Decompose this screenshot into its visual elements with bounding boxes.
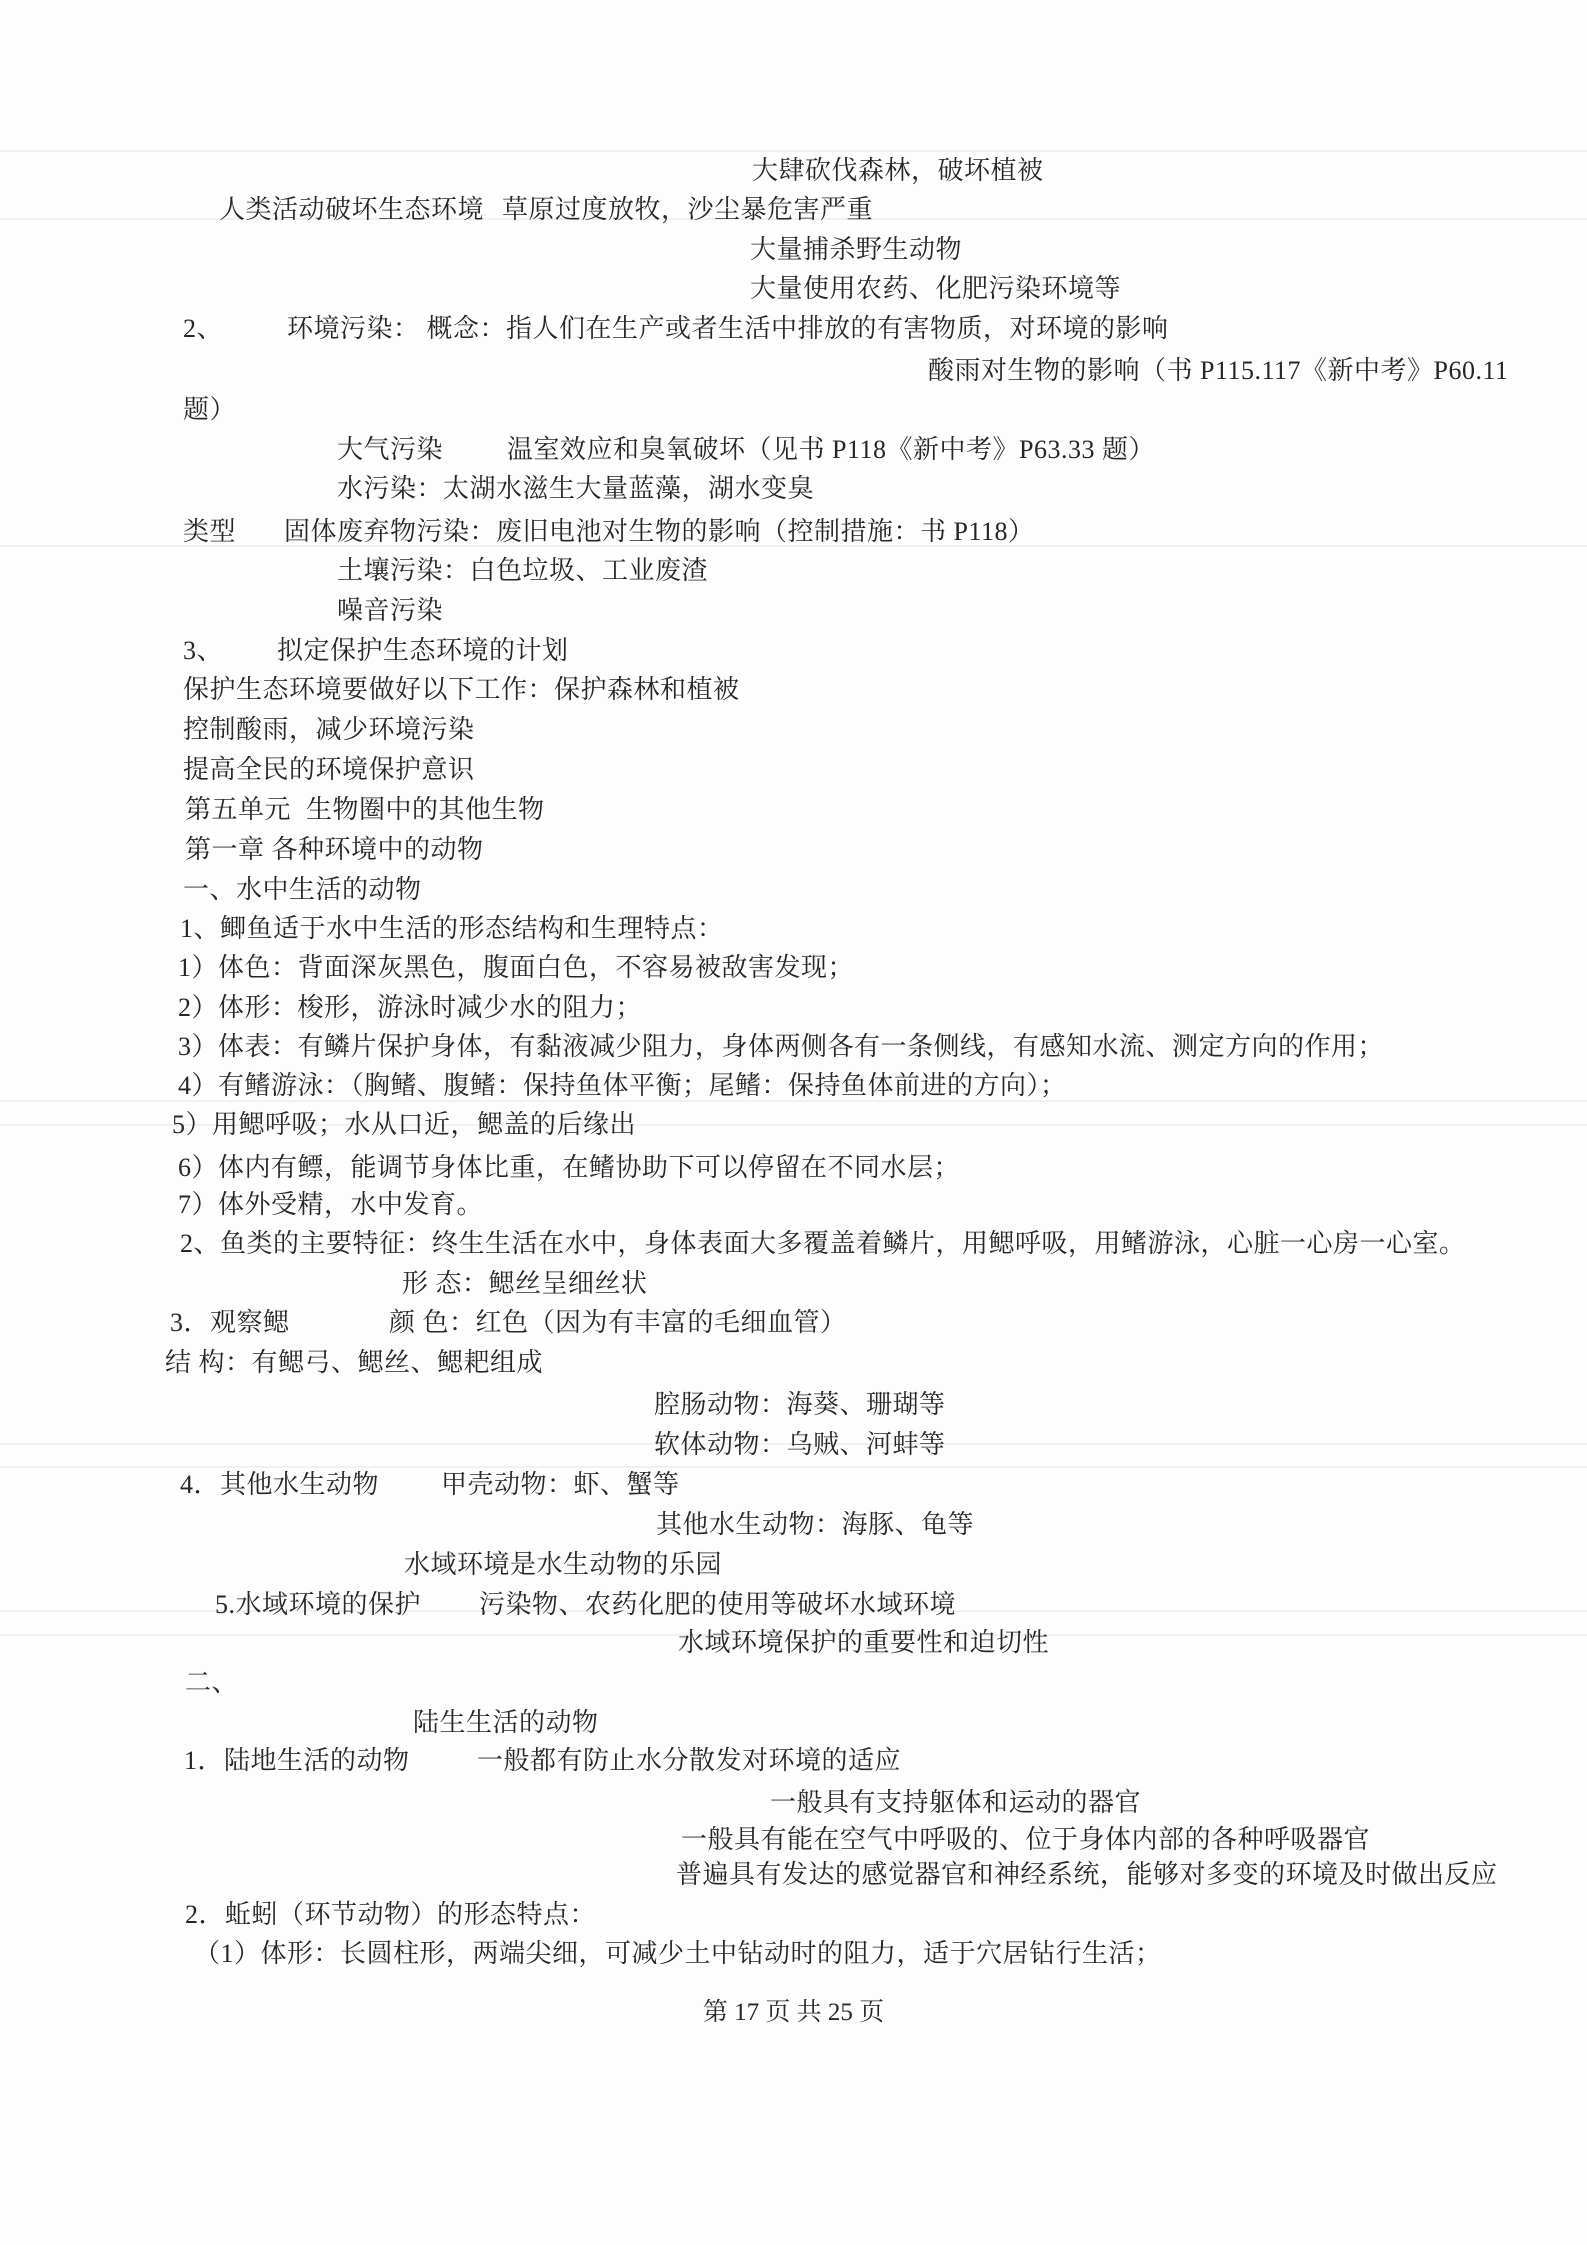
text-line-environmental-pollution-2: 酸雨对生物的影响（书 P115.117《新中考》P60.11 — [928, 358, 1509, 384]
text-line-land-animals-1: 陆生生活的动物 — [413, 1710, 599, 1736]
text-line-protection-plan-4: 提高全民的环境保护意识 — [183, 757, 475, 783]
text-line-fish-features-2: 2）体形：梭形，游泳时减少水的阻力； — [178, 995, 642, 1021]
text-line-other-aquatic-animals-5: 水域环境是水生动物的乐园 — [404, 1552, 722, 1578]
text-line-gill-observation-1: 3．观察鳃 — [170, 1310, 290, 1336]
text-line-unit5-headings-0: 第五单元 — [185, 797, 291, 823]
text-line-unit5-headings-1: 生物圈中的其他生物 — [306, 797, 545, 823]
text-line-fish-features-0: 1、鲫鱼适于水中生活的形态结构和生理特点： — [180, 916, 724, 942]
text-line-unit5-headings-2: 第一章 各种环境中的动物 — [185, 837, 484, 863]
text-line-other-aquatic-animals-0: 腔肠动物：海葵、珊瑚等 — [654, 1392, 946, 1418]
text-line-land-animals-6: 普遍具有发达的感觉器官和神经系统，能够对多变的环境及时做出反应 — [676, 1862, 1498, 1888]
text-line-environmental-pollution-10: 噪音污染 — [337, 598, 443, 624]
text-line-unit5-headings-3: 一、水中生活的动物 — [183, 877, 422, 903]
text-line-environmental-pollution-3: 题） — [183, 397, 236, 423]
text-line-water-environment-protection-0: 5.水域环境的保护 — [215, 1592, 421, 1618]
text-line-human-activity-damage-0: 大肆砍伐森林，破坏植被 — [752, 158, 1044, 184]
text-line-protection-plan-2: 保护生态环境要做好以下工作：保护森林和植被 — [183, 677, 740, 703]
document-page: 第 17 页 共 25 页 大肆砍伐森林，破坏植被人类活动破坏生态环境草原过度放… — [0, 0, 1587, 2245]
text-line-gill-observation-0: 形 态：鳃丝呈细丝状 — [402, 1271, 648, 1297]
text-line-fish-features-8: 2、鱼类的主要特征：终生生活在水中，身体表面大多覆盖着鳞片，用鳃呼吸，用鳍游泳，… — [180, 1231, 1466, 1257]
text-line-environmental-pollution-9: 土壤污染：白色垃圾、工业废渣 — [337, 558, 708, 584]
text-line-other-aquatic-animals-4: 其他水生动物：海豚、龟等 — [656, 1512, 974, 1538]
text-line-human-activity-damage-2: 草原过度放牧，沙尘暴危害严重 — [502, 197, 873, 223]
text-line-fish-features-7: 7）体外受精，水中发育。 — [178, 1192, 483, 1218]
text-line-environmental-pollution-1: 环境污染： 概念：指人们在生产或者生活中排放的有害物质，对环境的影响 — [287, 316, 1169, 342]
text-line-protection-plan-3: 控制酸雨，减少环境污染 — [183, 717, 475, 743]
text-line-gill-observation-3: 结 构：有鳃弓、鳃丝、鳃耙组成 — [165, 1350, 543, 1376]
text-line-fish-features-6: 6）体内有鳔，能调节身体比重，在鳍协助下可以停留在不同水层； — [178, 1155, 960, 1181]
text-line-fish-features-4: 4）有鳍游泳：（胸鳍、腹鳍：保持鱼体平衡；尾鳍：保持鱼体前进的方向）； — [178, 1073, 1067, 1099]
text-line-human-activity-damage-1: 人类活动破坏生态环境 — [219, 197, 484, 223]
text-line-earthworm-1: （1）体形：长圆柱形，两端尖细，可减少土中钻动时的阻力，适于穴居钻行生活； — [194, 1941, 1162, 1967]
text-line-land-animals-3: 一般都有防止水分散发对环境的适应 — [477, 1748, 901, 1774]
text-line-land-animals-5: 一般具有能在空气中呼吸的、位于身体内部的各种呼吸器官 — [681, 1827, 1370, 1853]
text-line-environmental-pollution-8: 固体废弃物污染：废旧电池对生物的影响（控制措施：书 P118） — [284, 519, 1035, 545]
text-line-environmental-pollution-6: 水污染：太湖水滋生大量蓝藻，湖水变臭 — [337, 476, 814, 502]
text-line-protection-plan-0: 3、 — [183, 638, 223, 664]
text-line-environmental-pollution-0: 2、 — [183, 316, 223, 342]
text-line-environmental-pollution-4: 大气污染 — [337, 437, 443, 463]
text-line-other-aquatic-animals-1: 软体动物：乌贼、河蚌等 — [654, 1432, 946, 1458]
text-line-water-environment-protection-2: 水域环境保护的重要性和迫切性 — [678, 1630, 1049, 1656]
scan-artifact-line — [0, 1466, 1587, 1468]
text-line-water-environment-protection-1: 污染物、农药化肥的使用等破坏水域环境 — [479, 1592, 956, 1618]
text-line-environmental-pollution-7: 类型 — [183, 519, 236, 545]
text-line-fish-features-3: 3）体表：有鳞片保护身体，有黏液减少阻力，身体两侧各有一条侧线，有感知水流、测定… — [178, 1034, 1384, 1060]
scan-artifact-line — [0, 1100, 1587, 1102]
scan-artifact-line — [0, 150, 1587, 152]
text-line-human-activity-damage-4: 大量使用农药、化肥污染环境等 — [750, 276, 1121, 302]
text-line-land-animals-0: 二、 — [185, 1670, 238, 1696]
text-line-earthworm-0: 2．蚯蚓（环节动物）的形态特点： — [185, 1902, 596, 1928]
text-line-human-activity-damage-3: 大量捕杀野生动物 — [750, 237, 962, 263]
text-line-land-animals-2: 1．陆地生活的动物 — [184, 1748, 410, 1774]
text-line-gill-observation-2: 颜 色：红色（因为有丰富的毛细血管） — [389, 1310, 847, 1336]
text-line-fish-features-1: 1）体色：背面深灰黑色，腹面白色，不容易被敌害发现； — [178, 955, 854, 981]
text-line-environmental-pollution-5: 温室效应和臭氧破坏（见书 P118《新中考》P63.33 题） — [507, 437, 1155, 463]
text-line-fish-features-5: 5）用鳃呼吸；水从口近，鳃盖的后缘出 — [172, 1112, 636, 1138]
text-line-other-aquatic-animals-3: 甲壳动物：虾、蟹等 — [441, 1472, 680, 1498]
text-line-protection-plan-1: 拟定保护生态环境的计划 — [277, 638, 569, 664]
page-footer: 第 17 页 共 25 页 — [0, 2000, 1587, 2025]
text-line-land-animals-4: 一般具有支持躯体和运动的器官 — [770, 1790, 1141, 1816]
text-line-other-aquatic-animals-2: 4．其他水生动物 — [180, 1472, 379, 1498]
